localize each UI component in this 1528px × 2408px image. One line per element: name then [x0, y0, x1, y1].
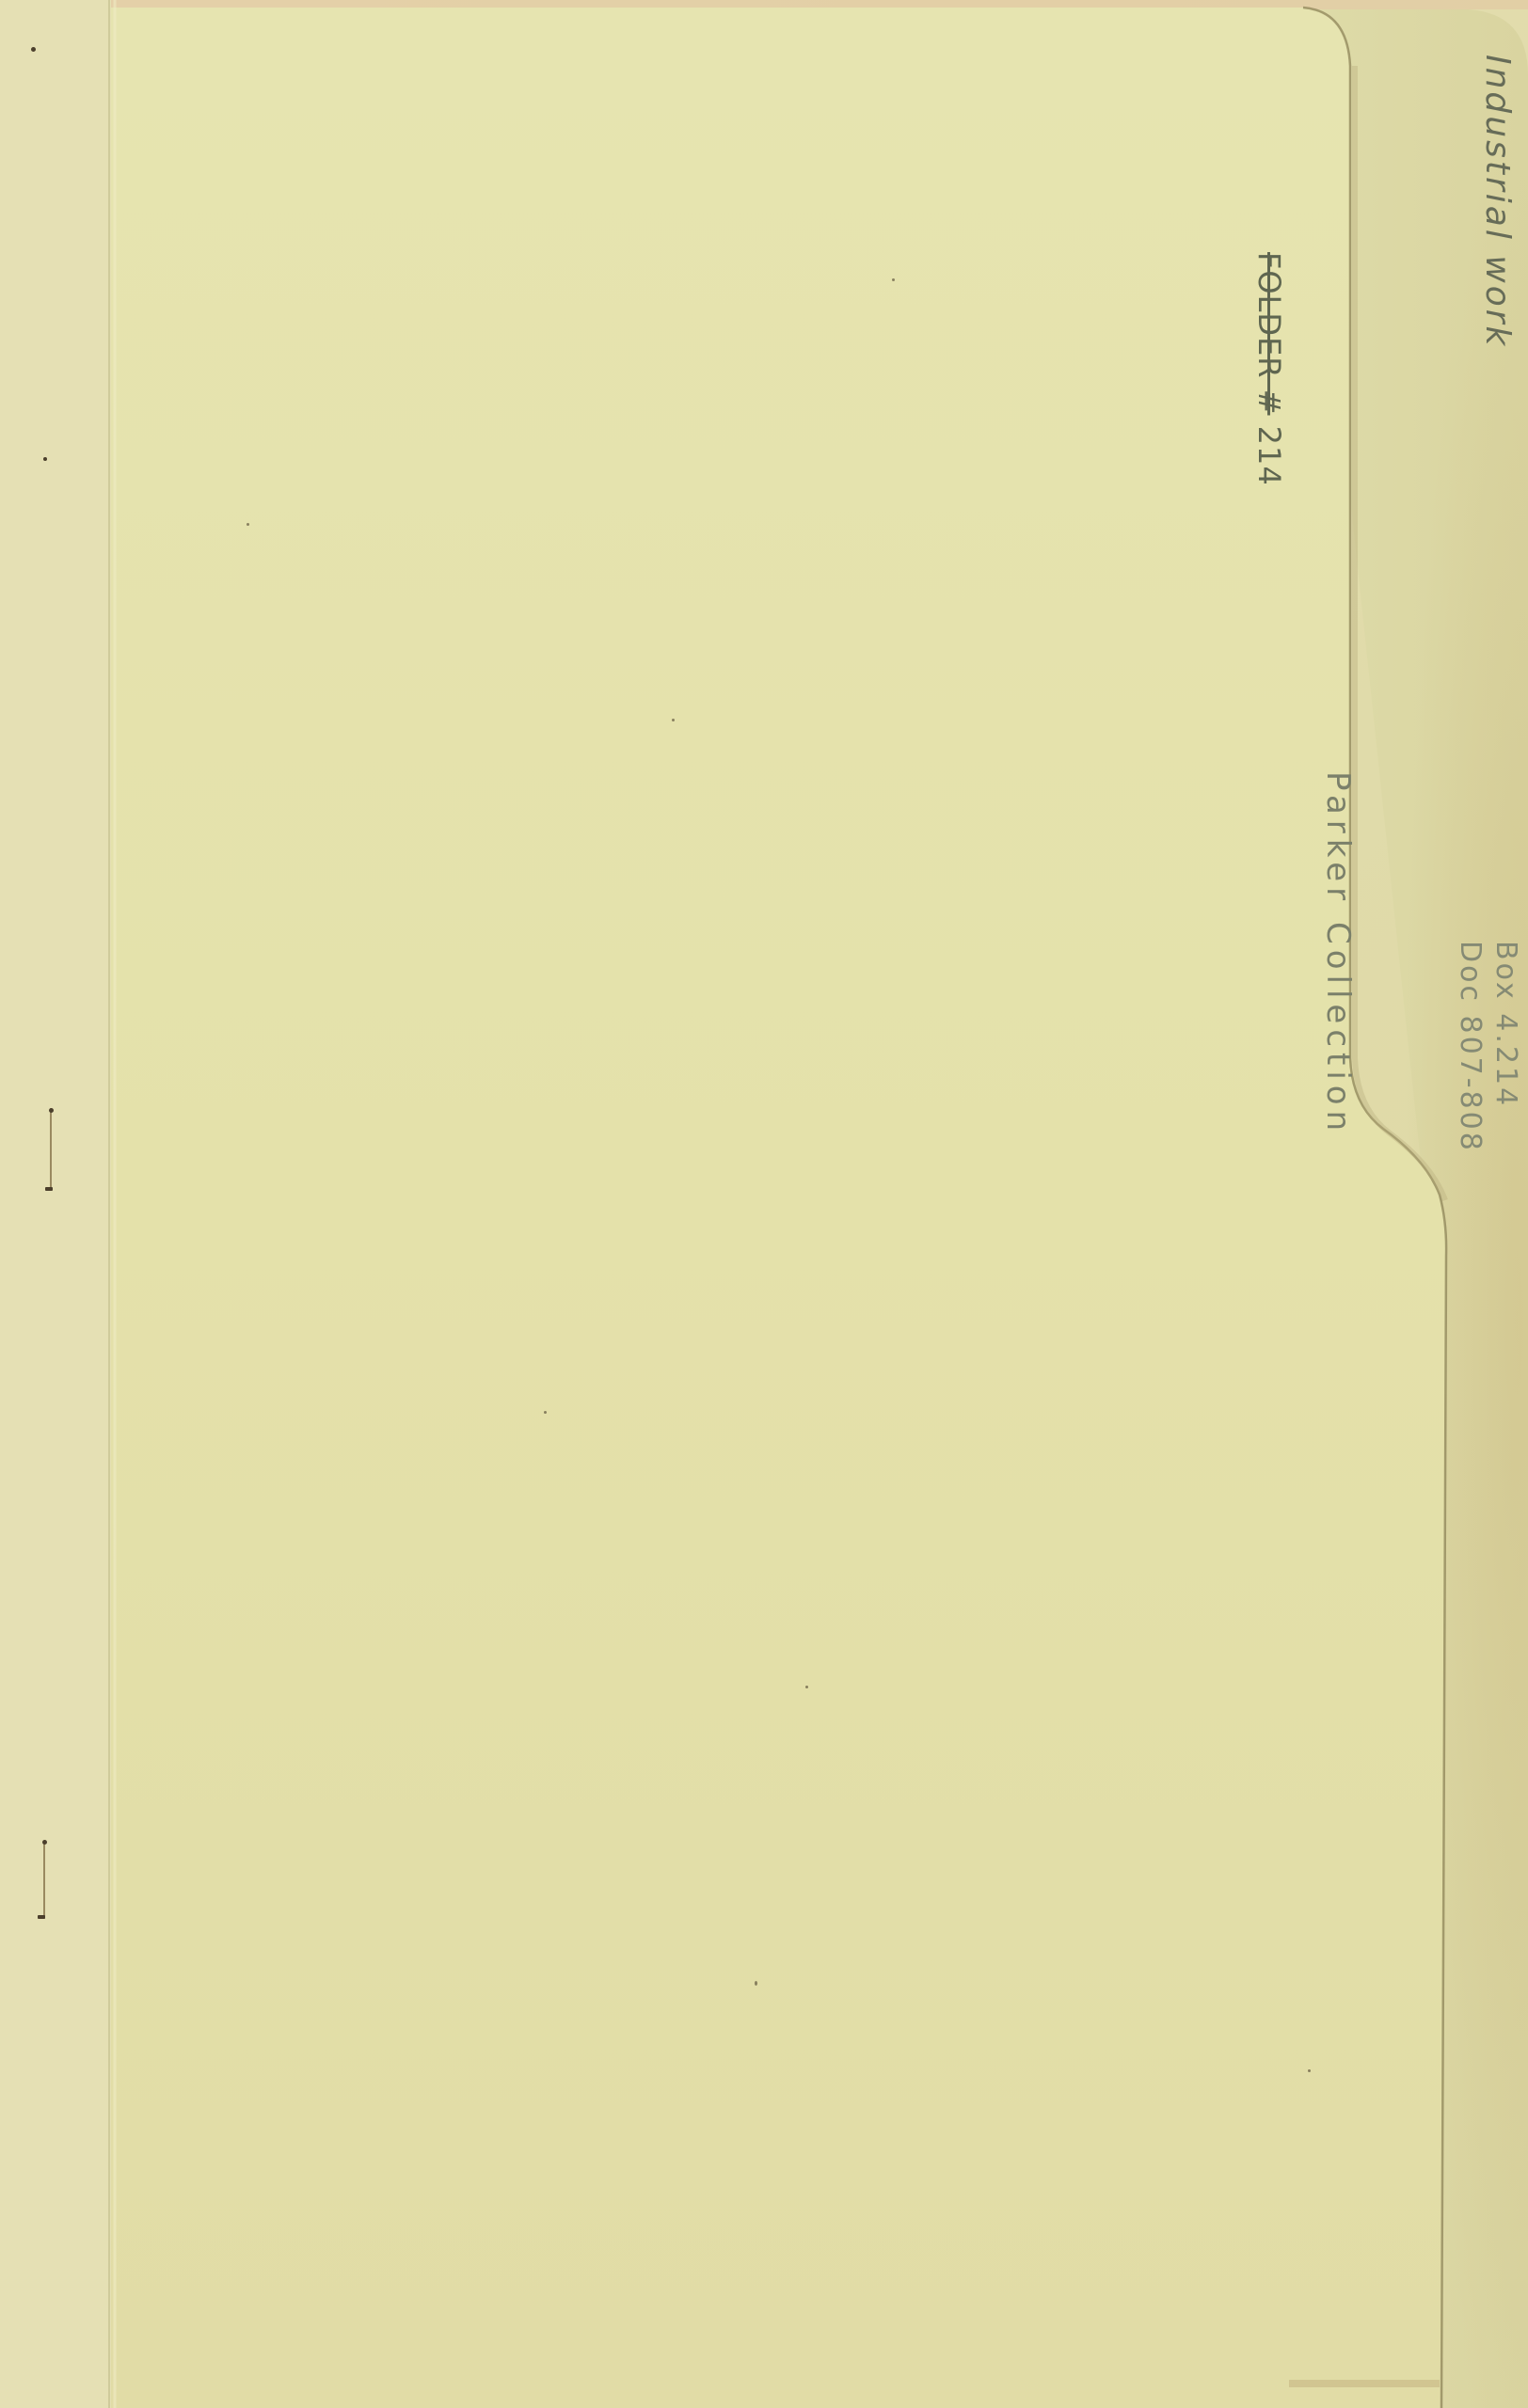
staple-mark: [49, 1108, 54, 1113]
folder-prefix: FOLDER #: [1251, 252, 1287, 416]
staple-slot: [50, 1108, 52, 1191]
paper-speck: [892, 278, 895, 281]
staple-slot: [43, 1842, 45, 1919]
paper-speck: [755, 1981, 757, 1986]
paper-speck: [805, 1686, 808, 1688]
folder-number: 214: [1251, 426, 1287, 486]
paper-speck: [544, 1411, 547, 1414]
box-number-label: Box 4.214: [1489, 941, 1522, 1108]
tab-subject-label: Industrial work: [1478, 55, 1517, 348]
staple-mark: [42, 1840, 47, 1845]
front-panel: [111, 8, 1446, 2408]
staple-mark: [45, 1187, 53, 1191]
doc-range-label: Doc 807-808: [1454, 941, 1487, 1153]
paper-speck: [672, 719, 675, 721]
collection-label: Parker Collection: [1319, 771, 1357, 1136]
paper-speck: [1308, 2069, 1311, 2072]
staple-mark: [38, 1915, 45, 1919]
folder-number-label: FOLDER # 214: [1251, 252, 1287, 486]
paper-speck: [247, 523, 249, 526]
staple-mark: [31, 47, 36, 52]
left-strip: [0, 0, 111, 2408]
folder-scan: [0, 0, 1528, 2408]
staple-mark: [43, 457, 47, 461]
